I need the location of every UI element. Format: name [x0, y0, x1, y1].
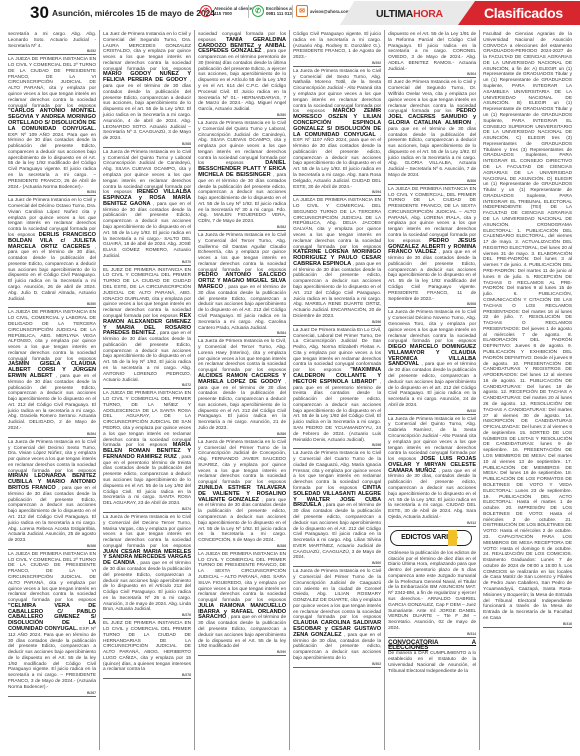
- notice-ref: B/298: [293, 443, 381, 447]
- legal-notice: La Jueza de Primera Instancia en lo Civi…: [198, 119, 286, 231]
- notice-ref: B/254: [8, 190, 96, 194]
- notice-text: La Jueza de Primera Instancia en lo Civi…: [8, 440, 96, 474]
- notice-text: , para que en el término de 30 días cont…: [388, 121, 476, 178]
- notice-ref: B/304: [388, 72, 476, 76]
- whatsapp-icon: ✆: [252, 5, 264, 17]
- notice-text: LA JUEZA DE PRIMERA INSTANCIA EN LO CIVI…: [388, 187, 476, 244]
- notice-text: Código Civil Paraguayo vigente. El juici…: [293, 32, 381, 60]
- section-header-edictos-varios: EDICTOS VARIOS: [390, 530, 472, 546]
- notice-text: , para que en el término de 30 días cont…: [293, 503, 381, 560]
- notice-text: La Jueza de Primera Instancia en lo Civi…: [103, 515, 191, 549]
- legal-notice: LA JUEZA DE PRIMERA INSTANCIA EN LO CIVI…: [8, 308, 96, 437]
- notice-text: , para que en el término de 30 días cont…: [103, 78, 191, 141]
- notice-ref: B/286: [198, 432, 286, 436]
- notice-text: La Jueza de Primera Instancia en lo Civi…: [198, 440, 286, 485]
- notice-ref: B/290: [198, 650, 286, 654]
- section-tab-marker: [448, 530, 457, 546]
- divider: [248, 5, 249, 18]
- notice-ref: B/312: [388, 521, 476, 525]
- notice-text: , para que en el término de 30 días cont…: [103, 561, 191, 612]
- legal-notice: La Jueza de Primera Instancia en lo Civi…: [293, 67, 381, 196]
- notice-names: "CARLOS ANTONIO MONTIEL SEGOVIA Y ANDREA…: [8, 108, 96, 131]
- column-5: dispuesto en el Art. 55 de la Ley 1/91 d…: [385, 30, 480, 750]
- legal-notice: LA JUEZA DE PRIMERA INSTANCIA EN LO CIVI…: [198, 550, 286, 656]
- notice-text: EXP. Nº 112 AÑO 2024. Para que en términ…: [8, 627, 96, 690]
- notice-ref: B/288: [198, 544, 286, 548]
- legal-notice: La Juez de Primera Instancia en lo Civil…: [8, 196, 96, 308]
- legal-notice: secretaría a mi cargo. Abg. Abg. Leonard…: [8, 30, 96, 55]
- notice-text: , para que comparezcan en el término per…: [198, 49, 286, 112]
- notice-ref: B/276: [103, 613, 191, 617]
- contact-value: 0981 111 013: [266, 11, 292, 16]
- section-title: Clasificados: [458, 1, 580, 25]
- notice-text: EL JUEZ DE PRIMERA INSTANCIA EN LO CIVIL…: [103, 268, 191, 319]
- notice-ref: B/266: [8, 544, 96, 548]
- notice-text: Facultad de Ciencias Agrarias de la Univ…: [483, 32, 572, 621]
- notice-names: ALCIDES RAMON CACERES Y MARIELA LOPEZ DE…: [198, 373, 286, 385]
- notice-ref: B/316: [483, 622, 572, 626]
- notice-text: , para que en el término de 30 días cont…: [198, 285, 286, 330]
- legal-notice: Facultad de Ciencias Agrarias de la Univ…: [483, 30, 572, 628]
- phone-icon: ✆: [200, 5, 212, 17]
- legal-notice: La Jueza de Primera Instancia en lo Civi…: [198, 438, 286, 550]
- notice-text: , para que en el término de 30 días cont…: [103, 202, 191, 259]
- notice-ref: B/260: [8, 302, 96, 306]
- notice-ref: B/264: [8, 432, 96, 436]
- column-4: Código Civil Paraguayo vigente. El juici…: [290, 30, 385, 750]
- notice-ref: B/300: [293, 561, 381, 565]
- notice-text: LA JUEZA DE PRIMERA INSTANCIA EN LO CIVI…: [103, 391, 191, 448]
- notice-text: , para que en el perentorio término de t…: [103, 455, 191, 506]
- mail-icon: ✉: [296, 5, 308, 17]
- legal-notice: El Juez de Primera Instancia en lo Civil…: [388, 78, 476, 184]
- notice-text: La Juez de Primera Instancia en lo Civil…: [103, 32, 191, 72]
- notice-text: La Jueza de Primera Instancia en lo Civi…: [198, 233, 286, 273]
- notice-ref: B/267: [8, 691, 96, 695]
- contact-value: 415 7000: [214, 11, 232, 16]
- notice-text: LA JUEZA DE PRIMERA INSTANCIA EN LO CIVI…: [293, 198, 381, 249]
- notice-ref: B/296: [293, 320, 381, 324]
- notice-ref: B/268: [103, 142, 191, 146]
- notice-ref: B/302: [293, 662, 381, 666]
- legal-notice: La Jueza de Primera Instancia en lo Civi…: [103, 513, 191, 619]
- page-date: Asunción, miércoles 15 de mayo de 2024: [52, 8, 215, 18]
- notice-text: La Jueza de Primera Instancia en lo Civi…: [198, 339, 286, 373]
- legal-notice: EL JUEZ DE PRIMERA INSTANCIA EN LO CIVIL…: [103, 266, 191, 390]
- notice-ref: B/274: [103, 507, 191, 511]
- notice-ref: B/284: [198, 331, 286, 335]
- notice-ref: B/280: [198, 113, 286, 117]
- notice-text: , para que en el término de 30 días, con…: [8, 245, 96, 302]
- legal-notice: La Jueza de Primera Instancia en lo Civi…: [103, 148, 191, 266]
- notice-text: , para que en el término de 30 días cont…: [198, 615, 286, 649]
- notice-text: , para que en el término de 30 días cont…: [198, 173, 286, 224]
- notice-text: De manera a DAR CUMPLIMIENTO a lo establ…: [388, 651, 476, 673]
- notice-ref: B/310: [388, 409, 476, 413]
- legal-notice: La Jueza de Primera Instancia en lo Civi…: [198, 231, 286, 337]
- legal-notice: Código Civil Paraguayo vigente. El juici…: [293, 30, 381, 67]
- notice-text: , para que en el término de 30 días cont…: [103, 331, 191, 382]
- legal-notice: La Jueza de Primera Instancia en lo Civi…: [293, 567, 381, 668]
- page-number: 30: [30, 3, 49, 23]
- column-2: La Juez de Primera Instancia en lo Civil…: [100, 30, 195, 750]
- notice-text: LA JUEZA DE PRIMERA INSTANCIA EN LO CIVI…: [198, 552, 286, 603]
- legal-notice: LA JUEZA DE PRIMERA INSTANCIA EN LO CIVI…: [293, 196, 381, 325]
- notice-text: , para que en el término de 30 días, con…: [388, 469, 476, 520]
- notice-text: EL JUEZ DE PRIMERA INSTANCIA EN LO CIVIL…: [103, 621, 191, 672]
- legal-notice: La Jueza de Primera Instancia en lo Civi…: [388, 415, 476, 527]
- notice-text: , para que en el término de 30 días cont…: [198, 380, 286, 431]
- notice-text: , para que en el término de 30 días cont…: [388, 362, 476, 407]
- notice-heading: CONVOCATORIA A ELECCIONES: [388, 640, 476, 652]
- whatsapp-contact[interactable]: ✆ Escríbinos al0981 111 013: [252, 5, 293, 17]
- legal-notice: La Jueza de Primera Instancia en lo Civi…: [293, 449, 381, 567]
- notice-text: LA JUEZA DE PRIMERA INSTANCIA EN LO CIVI…: [8, 310, 96, 361]
- page-header: 30 Asunción, miércoles 15 de mayo de 202…: [0, 0, 580, 27]
- notice-text: , para que en el término de 30 días cont…: [8, 486, 96, 543]
- customer-service-contact[interactable]: ✆ Atención al cliente:415 7000: [200, 5, 253, 17]
- legal-notice: LA JUEZA DE PRIMERA INSTANCIA EN LO CIVI…: [103, 389, 191, 513]
- notice-ref: B/314: [388, 632, 476, 636]
- notice-text: Ordénese la publicación de los edictos d…: [388, 551, 476, 631]
- notice-text: La Jueza de Primera Instancia en lo Civi…: [293, 569, 381, 620]
- legal-notice: La Juez De Primera Instancia En Lo Civil…: [293, 326, 381, 450]
- legal-notice: EL JUEZ DE PRIMERA INSTANCIA EN LO CIVIL…: [103, 619, 191, 679]
- column-6: Facultad de Ciencias Agrarias de la Univ…: [480, 30, 575, 750]
- notice-text: , para que en el término de 30 días cont…: [293, 262, 381, 319]
- notice-ref: B/294: [293, 190, 381, 194]
- legal-notice: La Jueza de Primera Instancia en lo Civi…: [8, 438, 96, 550]
- notice-ref: B/306: [388, 179, 476, 183]
- legal-notice: LA JUEZA DE PRIMERA INSTANCIA EN LO CIVI…: [8, 550, 96, 697]
- notice-text: LA JUEZA DE PRIMERA INSTANCIA EN LO CIVI…: [8, 57, 96, 108]
- notice-ref: B/252: [8, 49, 96, 53]
- legal-notice: Ordénese la publicación de los edictos d…: [388, 549, 476, 638]
- notice-ref: B/270: [103, 260, 191, 264]
- legal-notice: sociedad conyugal formada por los esposo…: [198, 30, 286, 119]
- notice-names: MARIO GODOY NUÑEZ Y FELICIA PEREIRA DE G…: [103, 71, 191, 83]
- notice-text: dispuesto en el Art. 55 de la Ley 1/91 d…: [388, 32, 476, 72]
- classifieds-columns: secretaría a mi cargo. Abg. Abg. Leonard…: [5, 30, 575, 750]
- notice-ref: B/308: [388, 302, 476, 306]
- notice-text: , para que en el término de 30 días cont…: [8, 374, 96, 431]
- notice-ref: B/282: [198, 225, 286, 229]
- notice-ref: B/292: [293, 61, 381, 65]
- legal-notice: La Juez de Primera Instancia en lo Civil…: [103, 30, 191, 148]
- notice-ref: B/278: [103, 673, 191, 677]
- brand-logo: ULTIMAHORA: [376, 8, 443, 20]
- notice-ref: B/272: [103, 383, 191, 387]
- column-1: secretaría a mi cargo. Abg. Abg. Leonard…: [5, 30, 100, 750]
- notice-text: LA JUEZA DE PRIMERA INSTANCIA EN LO CIVI…: [8, 552, 96, 603]
- election-notice: CONVOCATORIA A ELECCIONESDe manera a DAR…: [388, 638, 476, 676]
- column-3: sociedad conyugal formada por los esposo…: [195, 30, 290, 750]
- notice-text: , para que en el término de 30 días cont…: [198, 498, 286, 543]
- notice-text: , para que en el término de 30 días cont…: [388, 250, 476, 301]
- divider: [292, 5, 293, 18]
- legal-notice: LA JUEZA DE PRIMERA INSTANCIA EN LO CIVI…: [8, 55, 96, 196]
- notice-text: . EXP. Nº 1107 AÑO 2024, para que en el …: [293, 133, 381, 190]
- legal-notice: La Jueza de Primera Instancia en lo Civi…: [198, 337, 286, 438]
- notice-text: EXP. Nº 109 AÑO 2024. Para que en términ…: [8, 133, 96, 190]
- notice-text: , para que en el perentorio término de t…: [293, 380, 381, 443]
- legal-notice: LA JUEZA DE PRIMERA INSTANCIA EN LO CIVI…: [388, 185, 476, 309]
- notice-text: La Jueza de Primera Instancia en lo Civi…: [388, 310, 476, 344]
- notice-text: secretaría a mi cargo. Abg. Abg. Leonard…: [8, 32, 96, 49]
- legal-notice: La Jueza de Primera Instancia en lo Civi…: [388, 308, 476, 414]
- legal-notice: dispuesto en el Art. 55 de la Ley 1/91 d…: [388, 30, 476, 78]
